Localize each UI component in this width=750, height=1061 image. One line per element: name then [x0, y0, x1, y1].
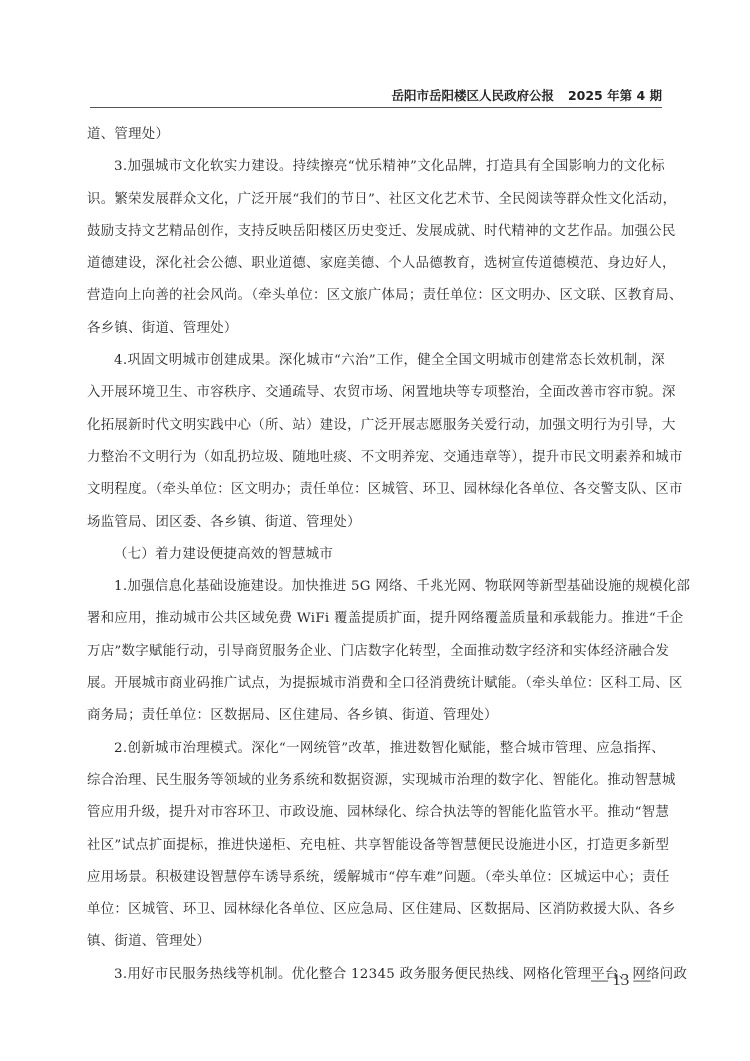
text-line: 营造向上向善的社会风尚。（牵头单位：区文旅广体局；责任单位：区文明办、区文联、区… — [87, 284, 665, 316]
section-heading: （七）着力建设便捷高效的智慧城市 — [87, 543, 665, 575]
paragraph-start: 1.加强信息化基础设施建设。加快推进 5G 网络、千兆光网、物联网等新型基础设施… — [87, 575, 665, 607]
text-line: 管应用升级，提升对市容环卫、市政设施、园林绿化、综合执法等的智能化监管水平。推动… — [87, 801, 665, 833]
text-line: 应用场景。积极建设智慧停车诱导系统，缓解城市“停车难”问题。（牵头单位：区城运中… — [87, 866, 665, 898]
publication-title: 岳阳市岳阳楼区人民政府公报 — [391, 88, 554, 103]
running-header: 岳阳市岳阳楼区人民政府公报2025 年第 4 期 — [90, 89, 662, 108]
text-line: 镇、街道、管理处） — [87, 930, 665, 962]
text-line: 各乡镇、街道、管理处） — [87, 317, 665, 349]
text-line: 单位：区城管、环卫、园林绿化各单位、区应急局、区住建局、区数据局、区消防救援大队… — [87, 898, 665, 930]
paragraph-start: 2.创新城市治理模式。深化“一网统管”改革，推进数智化赋能，整合城市管理、应急指… — [87, 737, 665, 769]
text-line: 入开展环境卫生、市容秩序、交通疏导、农贸市场、闲置地块等专项整治，全面改善市容市… — [87, 381, 665, 413]
text-line: 商务局；责任单位：区数据局、区住建局、各乡镇、街道、管理处） — [87, 704, 665, 736]
text-line: 署和应用，推动城市公共区域免费 WiFi 覆盖提质扩面，提升网络覆盖质量和承载能… — [87, 607, 665, 639]
text-line: 道、管理处） — [87, 123, 665, 155]
document-body: 道、管理处） 3.加强城市文化软实力建设。持续擦亮“忧乐精神”文化品牌，打造具有… — [87, 123, 665, 995]
page-number: — 13 — — [591, 970, 651, 990]
text-line: 场监管局、团区委、各乡镇、街道、管理处） — [87, 511, 665, 543]
text-line: 力整治不文明行为（如乱扔垃圾、随地吐痰、不文明养宠、交通违章等），提升市民文明素… — [87, 446, 665, 478]
paragraph-start: 4.巩固文明城市创建成果。深化城市“六治”工作，健全全国文明城市创建常态长效机制… — [87, 349, 665, 381]
text-line: 文明程度。（牵头单位：区文明办；责任单位：区城管、环卫、园林绿化各单位、各交警支… — [87, 478, 665, 510]
text-line: 万店”数字赋能行动，引导商贸服务企业、门店数字化转型，全面推动数字经济和实体经济… — [87, 640, 665, 672]
text-line: 识。繁荣发展群众文化，广泛开展“我们的节日”、社区文化艺术节、全民阅读等群众性文… — [87, 188, 665, 220]
issue-number: 2025 年第 4 期 — [568, 88, 662, 103]
text-line: 展。开展城市商业码推广试点，为提振城市消费和全口径消费统计赋能。（牵头单位：区科… — [87, 672, 665, 704]
paragraph-start: 3.加强城市文化软实力建设。持续擦亮“忧乐精神”文化品牌，打造具有全国影响力的文… — [87, 155, 665, 187]
paragraph-start: 3.用好市民服务热线等机制。优化整合 12345 政务服务便民热线、网格化管理平… — [87, 963, 665, 995]
text-line: 社区”试点扩面提标，推进快递柜、充电桩、共享智能设备等智慧便民设施进小区，打造更… — [87, 834, 665, 866]
text-line: 鼓励支持文艺精品创作，支持反映岳阳楼区历史变迁、发展成就、时代精神的文艺作品。加… — [87, 220, 665, 252]
text-line: 道德建设，深化社会公德、职业道德、家庭美德、个人品德教育，选树宣传道德模范、身边… — [87, 252, 665, 284]
text-line: 化拓展新时代文明实践中心（所、站）建设，广泛开展志愿服务关爱行动，加强文明行为引… — [87, 414, 665, 446]
text-line: 综合治理、民生服务等领域的业务系统和数据资源，实现城市治理的数字化、智能化。推动… — [87, 769, 665, 801]
